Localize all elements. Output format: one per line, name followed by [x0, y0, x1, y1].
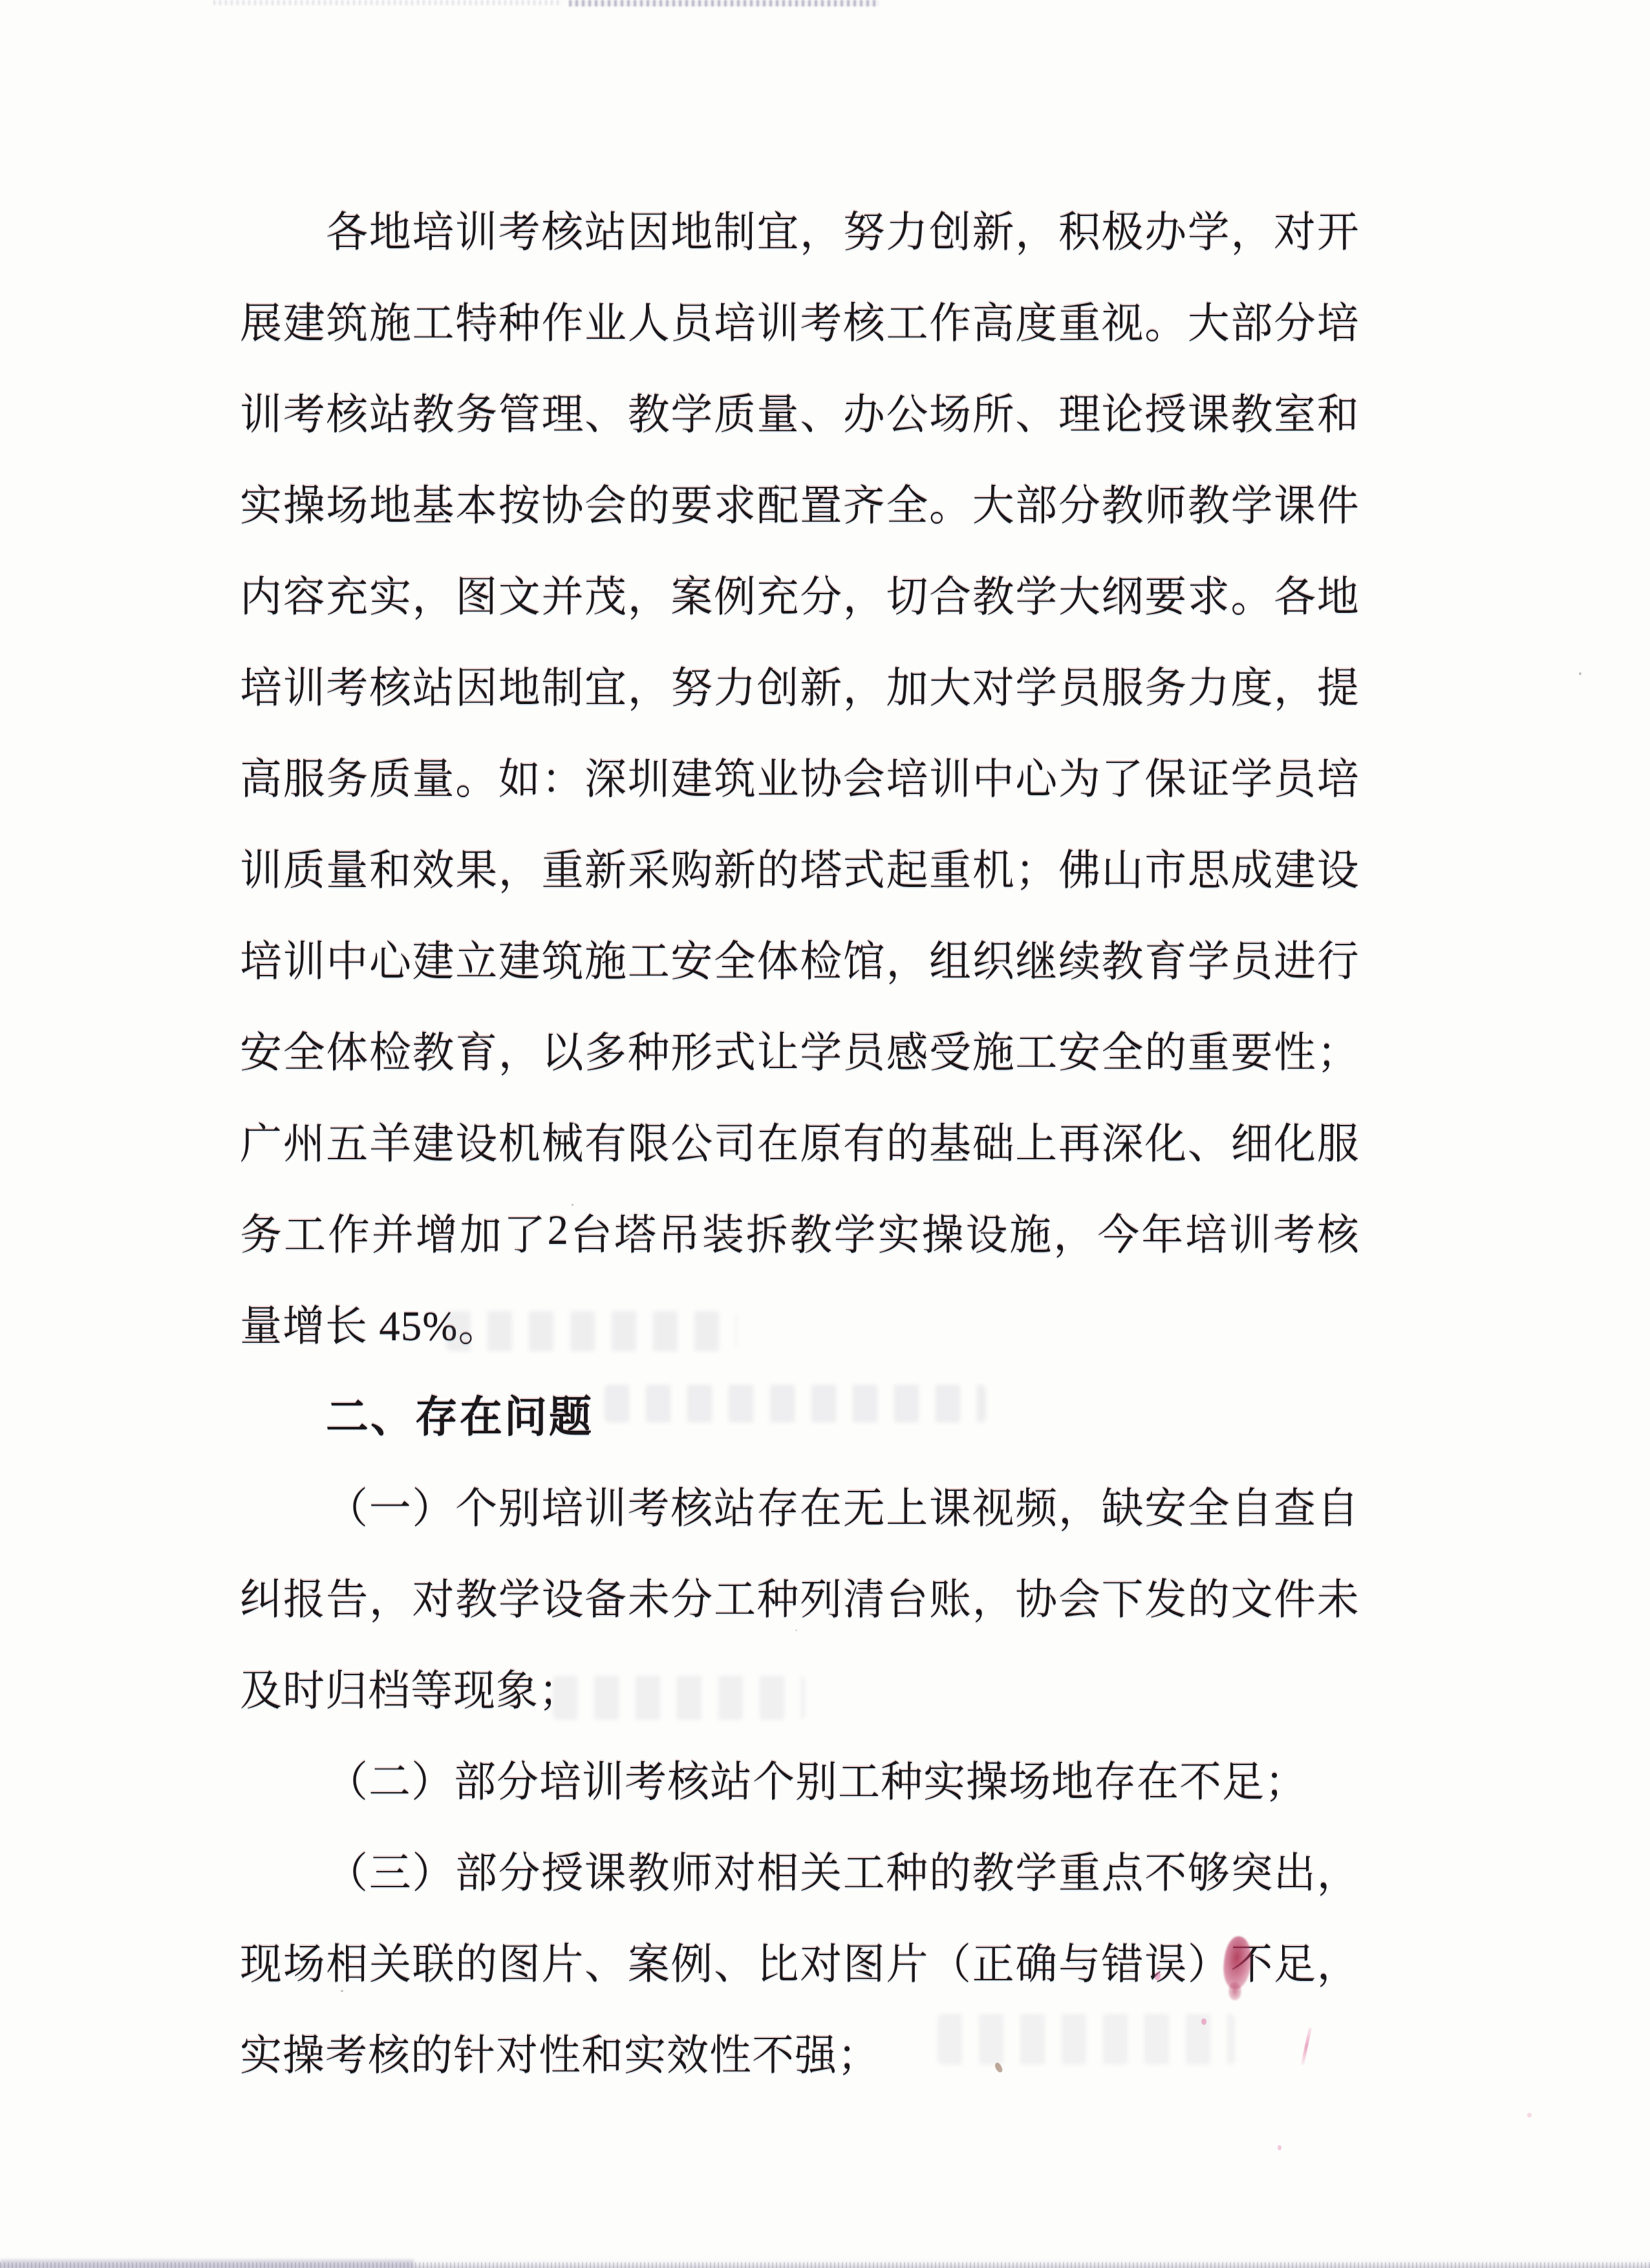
glyph: 课	[1274, 471, 1316, 532]
glyph: 部	[1015, 471, 1057, 532]
glyph: 核	[369, 654, 411, 714]
glyph: 教	[972, 562, 1014, 623]
glyph: 施	[369, 289, 411, 350]
glyph: 实	[878, 1201, 920, 1261]
glyph: 育	[455, 1018, 497, 1079]
glyph: 工	[1015, 1018, 1057, 1079]
glyph: 对	[800, 1930, 842, 1991]
glyph: 重	[1058, 289, 1100, 350]
glyph: 备	[584, 1565, 627, 1626]
glyph: 量	[326, 836, 368, 897]
glyph: 加	[460, 1201, 502, 1261]
glyph: 站	[714, 1474, 756, 1535]
glyph: 感	[886, 1018, 928, 1079]
glyph: 了	[504, 1201, 546, 1261]
body-line-1: 各地培训考核站因地制宜，努力创新，积极办学，对开	[240, 182, 1359, 273]
glyph: 操	[921, 1201, 963, 1261]
glyph: 训	[283, 654, 325, 714]
glyph: 重	[1188, 1018, 1230, 1079]
glyph: 中	[326, 927, 368, 988]
glyph: 的	[886, 1109, 928, 1170]
glyph: 个	[455, 1474, 497, 1535]
dust-speck	[1579, 672, 1581, 675]
glyph: 务	[326, 745, 368, 806]
glyph: 创	[929, 198, 971, 259]
glyph: ，	[1317, 1839, 1359, 1899]
glyph: 理	[541, 380, 583, 441]
glyph: 论	[1102, 380, 1144, 441]
glyph: ，	[1053, 1201, 1095, 1261]
glyph: 部	[455, 1839, 497, 1899]
glyph: 受	[929, 1018, 971, 1079]
body-line-17: 及时归档等现象；	[240, 1641, 1359, 1732]
glyph: 五	[326, 1109, 368, 1170]
glyph: 充	[757, 562, 799, 623]
glyph: 联	[412, 1930, 455, 1991]
glyph: 培	[240, 927, 282, 988]
glyph: 有	[584, 1109, 627, 1170]
glyph: 培	[412, 198, 454, 259]
glyph: 加	[886, 654, 928, 714]
glyph: 足	[1274, 1930, 1316, 1991]
glyph: 、	[584, 1930, 627, 1991]
glyph: 列	[800, 1565, 842, 1626]
glyph: 会	[843, 745, 885, 806]
body-line-2: 展建筑施工特种作业人员培训考核工作高度重视。大部分培	[240, 273, 1359, 365]
glyph: 训	[455, 198, 497, 259]
glyph: 员	[670, 289, 712, 350]
glyph: 要	[1230, 1018, 1272, 1079]
glyph: 作	[541, 289, 583, 350]
glyph: 对	[1274, 198, 1316, 259]
glyph: 切	[886, 562, 928, 623]
glyph: 协	[800, 745, 842, 806]
glyph: （	[929, 1930, 971, 1991]
glyph: 误	[1144, 1930, 1186, 1991]
glyph: 够	[1188, 1839, 1230, 1899]
glyph: 要	[670, 471, 712, 532]
glyph: 操	[283, 471, 325, 532]
glyph: 师	[1144, 471, 1186, 532]
glyph: 建	[1274, 836, 1316, 897]
glyph: 新	[800, 654, 842, 714]
glyph: 形	[670, 1018, 712, 1079]
glyph: 起	[886, 836, 928, 897]
glyph: 2	[548, 1206, 569, 1255]
glyph: 果	[455, 836, 497, 897]
glyph: 力	[1188, 654, 1230, 714]
glyph: 上	[1015, 1109, 1057, 1170]
glyph: 极	[1102, 198, 1144, 259]
glyph: 。	[1144, 289, 1186, 350]
glyph: 设	[1317, 836, 1359, 897]
glyph: 拆	[746, 1201, 788, 1261]
glyph: 错	[1102, 1930, 1144, 1991]
glyph: 、	[584, 380, 627, 441]
glyph: 正	[972, 1930, 1014, 1991]
glyph: 考	[326, 654, 368, 714]
glyph: 学	[834, 1201, 876, 1261]
glyph: 设	[541, 1565, 583, 1626]
glyph: 学	[670, 380, 712, 441]
glyph: 频	[1015, 1474, 1057, 1535]
glyph: 安	[670, 927, 712, 988]
glyph: 为	[1058, 745, 1100, 806]
glyph: 设	[965, 1201, 1007, 1261]
glyph: 教	[1102, 471, 1144, 532]
glyph: 深	[1102, 1109, 1144, 1170]
glyph: ，	[1274, 654, 1316, 714]
glyph: 检	[369, 1018, 411, 1079]
glyph: 训	[240, 380, 282, 441]
glyph: 训	[584, 1474, 627, 1535]
glyph: 例	[670, 1930, 712, 1991]
glyph: 业	[757, 745, 799, 806]
glyph: 全	[1102, 1018, 1144, 1079]
glyph: 建	[498, 927, 541, 988]
glyph: 授	[1144, 380, 1186, 441]
glyph: 。	[929, 471, 971, 532]
glyph: ；	[1317, 1018, 1359, 1079]
glyph: 培	[1185, 1201, 1227, 1261]
glyph: 发	[1144, 1565, 1186, 1626]
glyph: 施	[1009, 1201, 1051, 1261]
glyph: 行	[1317, 927, 1359, 988]
glyph: 细	[1230, 1109, 1272, 1170]
glyph: 配	[757, 471, 799, 532]
glyph: 力	[714, 654, 756, 714]
glyph: 施	[584, 927, 627, 988]
glyph: 培	[541, 1474, 583, 1535]
glyph: 授	[541, 1839, 583, 1899]
glyph: 教	[790, 1201, 832, 1261]
glyph: 训	[1229, 1201, 1271, 1261]
glyph: ，	[1015, 198, 1057, 259]
glyph: 工	[284, 1201, 326, 1261]
glyph: 工	[714, 1565, 756, 1626]
glyph: 种	[498, 289, 541, 350]
glyph: 分	[1274, 289, 1316, 350]
glyph: 重	[1058, 1839, 1100, 1899]
glyph: 提	[1317, 654, 1359, 714]
glyph: 关	[800, 1839, 842, 1899]
glyph: 三	[369, 1839, 411, 1899]
glyph: 突	[1230, 1839, 1272, 1899]
glyph: 学	[1015, 654, 1057, 714]
glyph: 特	[455, 289, 497, 350]
body-line-20: 现场相关联的图片、案例、比对图片（正确与错误）不足，	[240, 1914, 1359, 2006]
glyph: 分	[800, 562, 842, 623]
glyph: 山	[1102, 836, 1144, 897]
glyph: 、	[1188, 1109, 1230, 1170]
glyph: 展	[240, 289, 282, 350]
glyph: 安	[1144, 1474, 1186, 1535]
glyph: 一	[369, 1474, 411, 1535]
glyph: ，	[800, 198, 842, 259]
glyph: 件	[1317, 471, 1359, 532]
glyph: 努	[843, 198, 885, 259]
glyph: 开	[1317, 198, 1359, 259]
glyph: 和	[369, 836, 411, 897]
glyph: 培	[886, 745, 928, 806]
glyph: 地	[498, 654, 541, 714]
glyph: 分	[498, 1839, 541, 1899]
glyph: 全	[714, 927, 756, 988]
glyph: 式	[843, 836, 885, 897]
glyph: 和	[1317, 380, 1359, 441]
glyph: ）	[1188, 1930, 1230, 1991]
glyph: 作	[929, 289, 971, 350]
glyph: 建	[283, 289, 325, 350]
glyph: 求	[714, 471, 756, 532]
glyph: 在	[757, 1109, 799, 1170]
glyph: 场	[326, 471, 368, 532]
glyph: 置	[800, 471, 842, 532]
glyph: 础	[972, 1109, 1014, 1170]
glyph: 今	[1097, 1201, 1139, 1261]
glyph: 训	[283, 927, 325, 988]
glyph: 量	[757, 380, 799, 441]
glyph: 对	[972, 654, 1014, 714]
glyph: 关	[369, 1930, 411, 1991]
glyph: 安	[1058, 1018, 1100, 1079]
glyph: 种	[628, 1018, 670, 1079]
glyph: ，	[843, 562, 885, 623]
glyph: 原	[800, 1109, 842, 1170]
body-line-5: 内容充实，图文并茂，案例充分，切合教学大纲要求。各地	[240, 547, 1359, 638]
glyph: 机	[498, 1109, 541, 1170]
glyph: 内	[240, 562, 282, 623]
glyph: 高	[240, 745, 282, 806]
glyph: 让	[757, 1018, 799, 1079]
glyph: 、	[714, 1930, 756, 1991]
glyph: 购	[670, 836, 712, 897]
glyph: 心	[369, 927, 411, 988]
glyph: 新	[584, 836, 627, 897]
glyph: 图	[498, 1930, 541, 1991]
glyph: 例	[714, 562, 756, 623]
glyph: 质	[369, 745, 411, 806]
glyph: 力	[886, 198, 928, 259]
glyph: 按	[498, 471, 541, 532]
glyph: 年	[1141, 1201, 1183, 1261]
glyph: 核	[670, 1474, 712, 1535]
glyph: 查	[1274, 1474, 1316, 1535]
glyph: 教	[627, 1839, 669, 1899]
glyph: 保	[1144, 745, 1186, 806]
glyph: 教	[972, 1839, 1014, 1899]
glyph: 点	[1102, 1839, 1144, 1899]
glyph: 基	[929, 1109, 971, 1170]
glyph: ，	[886, 927, 928, 988]
glyph: 服	[283, 745, 325, 806]
body-line-7: 高服务质量。如：深圳建筑业协会培训中心为了保证学员培	[240, 729, 1359, 820]
glyph: 相	[756, 1839, 798, 1899]
glyph: 下	[1102, 1565, 1144, 1626]
glyph: 管	[498, 380, 541, 441]
glyph: 学	[1230, 745, 1272, 806]
glyph: 检	[800, 927, 842, 988]
glyph: 办	[1144, 198, 1186, 259]
glyph: 羊	[369, 1109, 411, 1170]
body-line-9: 培训中心建立建筑施工安全体检馆，组织继续教育学员进行	[240, 912, 1359, 1003]
glyph: 学	[498, 1565, 541, 1626]
glyph: 部	[1230, 289, 1272, 350]
glyph: 积	[1058, 198, 1100, 259]
glyph: 分	[670, 1565, 712, 1626]
glyph: 纠	[240, 1565, 282, 1626]
body-line-12: 务工作并增加了2台塔吊装拆教学实操设施，今年培训考核	[240, 1185, 1359, 1276]
glyph: 全	[1188, 1474, 1230, 1535]
glyph: 增	[416, 1201, 458, 1261]
glyph: 的	[929, 1839, 971, 1899]
glyph: 筑	[326, 289, 368, 350]
glyph: 筑	[714, 745, 756, 806]
glyph: 教	[1102, 927, 1144, 988]
glyph: 核	[843, 289, 885, 350]
glyph: 量	[412, 745, 455, 806]
glyph: 的	[757, 836, 799, 897]
glyph: 协	[541, 471, 583, 532]
glyph: 教	[412, 1018, 455, 1079]
glyph: 比	[757, 1930, 799, 1991]
glyph: 考	[627, 1474, 669, 1535]
scanner-top-edge-noise	[213, 0, 562, 5]
glyph: 人	[628, 289, 670, 350]
glyph: 工	[843, 1839, 885, 1899]
body-line-4: 实操场地基本按协会的要求配置齐全。大部分教师教学课件	[240, 456, 1359, 547]
glyph: （	[326, 1839, 368, 1899]
glyph: 佛	[1058, 836, 1100, 897]
glyph: 深	[584, 745, 627, 806]
glyph: 教	[412, 380, 455, 441]
glyph: 自	[1230, 1474, 1272, 1535]
glyph: 培	[714, 289, 756, 350]
glyph: 的	[455, 1930, 497, 1991]
glyph: 视	[972, 1474, 1014, 1535]
glyph: ）	[412, 1839, 454, 1899]
glyph: 地	[369, 198, 411, 259]
glyph: 现	[240, 1930, 282, 1991]
glyph: 培	[240, 654, 282, 714]
glyph: 案	[628, 1930, 670, 1991]
glyph: 要	[1144, 562, 1186, 623]
glyph: 学	[1015, 562, 1057, 623]
glyph: 重	[929, 836, 971, 897]
glyph: 办	[843, 380, 885, 441]
body-line-8: 训质量和效果，重新采购新的塔式起重机；佛山市思成建设	[240, 820, 1359, 912]
glyph: 不	[1144, 1839, 1186, 1899]
glyph: 上	[886, 1474, 928, 1535]
glyph: 宜	[584, 654, 627, 714]
glyph: 作	[328, 1201, 370, 1261]
glyph: 齐	[843, 471, 885, 532]
glyph: 。	[1230, 562, 1272, 623]
glyph: 训	[929, 745, 971, 806]
glyph: 在	[800, 1474, 842, 1535]
glyph: 未	[1317, 1565, 1359, 1626]
glyph: ：	[541, 745, 583, 806]
glyph: 员	[1058, 654, 1100, 714]
glyph: 学	[1188, 198, 1230, 259]
glyph: 务	[240, 1201, 282, 1261]
glyph: 无	[843, 1474, 885, 1535]
glyph: 片	[541, 1930, 583, 1991]
glyph: 思	[1188, 836, 1230, 897]
pink-ink-speck	[1278, 2145, 1281, 2150]
glyph: ，	[972, 1565, 1014, 1626]
glyph: 进	[1274, 927, 1316, 988]
body-line-10: 安全体检教育，以多种形式让学员感受施工安全的重要性；	[240, 1003, 1359, 1094]
glyph: 课	[929, 1474, 971, 1535]
glyph: 基	[412, 471, 455, 532]
body-line-16: 纠报告，对教学设备未分工种列清台账，协会下发的文件未	[240, 1550, 1359, 1641]
glyph: 种	[757, 1565, 799, 1626]
glyph: 协	[1015, 1565, 1057, 1626]
glyph: 告	[326, 1565, 368, 1626]
body-line-21: 实操考核的针对性和实效性不强；	[240, 2006, 1359, 2097]
glyph: 各	[326, 198, 368, 259]
glyph: 全	[886, 471, 928, 532]
glyph: 广	[240, 1109, 282, 1170]
glyph: 因	[627, 198, 669, 259]
glyph: 性	[1274, 1018, 1316, 1079]
glyph: 合	[929, 562, 971, 623]
glyph: 教	[628, 380, 670, 441]
glyph: ，	[628, 654, 670, 714]
glyph: 塔	[800, 836, 842, 897]
glyph: 、	[1015, 380, 1057, 441]
glyph: ，	[412, 562, 455, 623]
glyph: （	[326, 1474, 368, 1535]
glyph: 训	[757, 289, 799, 350]
glyph: 工	[412, 289, 455, 350]
glyph: 业	[584, 289, 627, 350]
glyph: 安	[240, 1018, 282, 1079]
glyph: 成	[1230, 836, 1272, 897]
glyph: ，	[369, 1565, 411, 1626]
scanner-top-edge-noise-dense	[569, 0, 879, 6]
glyph: 新	[972, 198, 1014, 259]
glyph: 高	[972, 289, 1014, 350]
glyph: 圳	[628, 745, 670, 806]
glyph: 自	[1317, 1474, 1359, 1535]
glyph: 司	[714, 1109, 756, 1170]
glyph: ，	[1230, 198, 1272, 259]
glyph: 核	[1317, 1201, 1359, 1261]
glyph: 图	[843, 1930, 885, 1991]
glyph: 台	[886, 1565, 928, 1626]
glyph: ，	[1317, 1930, 1359, 1991]
glyph: 台	[570, 1201, 612, 1261]
glyph: 心	[1015, 745, 1057, 806]
glyph: 努	[670, 654, 712, 714]
glyph: ；	[1015, 836, 1057, 897]
glyph: 续	[1058, 927, 1100, 988]
glyph: 装	[702, 1201, 744, 1261]
glyph: 出	[1274, 1839, 1316, 1899]
glyph: 效	[412, 836, 455, 897]
glyph: 再	[1058, 1109, 1100, 1170]
glyph: 件	[1274, 1565, 1316, 1626]
glyph: 案	[670, 562, 712, 623]
body-line-19: （三）部分授课教师对相关工种的教学重点不够突出，	[240, 1823, 1359, 1914]
glyph: 培	[1317, 289, 1359, 350]
glyph: 。	[455, 745, 497, 806]
section-heading: 二、存在问题	[240, 1367, 1359, 1459]
glyph: 各	[1274, 562, 1316, 623]
glyph: 服	[1317, 1109, 1359, 1170]
